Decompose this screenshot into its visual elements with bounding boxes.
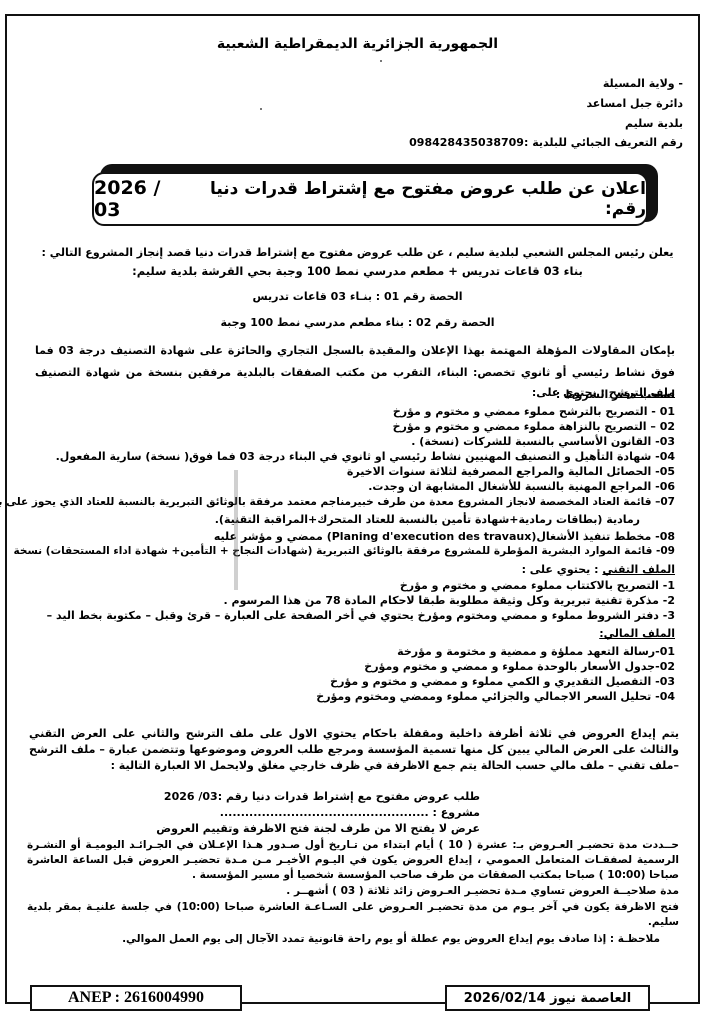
daira-line: دائرة جبل امساعد <box>586 97 683 110</box>
lot-2: الحصة رقم 02 : بناء مطعم مدرسي نمط 100 و… <box>0 316 715 330</box>
scan-artifact <box>380 60 382 62</box>
announcement-number: 2026 / 03 <box>94 177 187 221</box>
republic-heading: الجمهورية الجزائرية الديمقراطية الشعبية <box>0 36 715 52</box>
validity-period: مدة صلاحيــة العروض تساوي مـدة تحضيـر ال… <box>286 885 679 898</box>
holiday-note: ملاحظـة : إذا صادف يوم إيداع العروض يوم … <box>122 933 660 946</box>
tax-id-line: رقم التعريف الجبائي للبلدية :09842843503… <box>409 136 683 149</box>
opening-session: فتح الاظرفة يكون في آخر يـوم من مدة تحضي… <box>27 900 679 930</box>
financial-item: 04- تحليل السعر الاجمالي والجزائي مملوء … <box>316 690 675 703</box>
project-title: بناء 03 قاعات تدريس + مطعم مدرسي نمط 100… <box>0 264 715 278</box>
bottom-rule-middle <box>240 1002 447 1004</box>
candidature-item: 02 – التصريح بالنزاهة مملوء ممضي و مختوم… <box>393 420 675 433</box>
candidature-item: 09- قائمة الموارد البشرية المؤطرة للمشرو… <box>14 545 675 558</box>
candidature-item: 05- الحصائل المالية والمراجع المصرفية لث… <box>347 465 675 478</box>
scan-artifact <box>234 470 238 590</box>
candidature-item: 06- المراجع المهنية بالنسبة للأشغال المش… <box>368 480 675 493</box>
preparation-deadline: حــددت مدة تحضيـر العـروض بـ: عشرة ( 10 … <box>27 838 679 883</box>
candidature-item: 01 - التصريح بالترشح مملوء ممضي و مختوم … <box>393 405 675 418</box>
financial-heading: الملف المالي: <box>599 627 675 641</box>
technical-heading: الملف التقني <box>602 563 675 576</box>
candidature-item: 08- مخطط تنفيذ الأشغال(Planing d'executi… <box>214 530 675 543</box>
bottom-rule-right <box>648 1002 700 1004</box>
wilaya-line: - ولاية المسيلة <box>603 77 683 90</box>
lot-1: الحصة رقم 01 : بنـاء 03 قاعات تدريس <box>0 290 715 304</box>
announcement-title-box: اعلان عن طلب عروض مفتوح مع إشتراط قدرات … <box>92 172 648 226</box>
submission-paragraph: يتم إيداع العروض في ثلاثة أظرفة داخلية و… <box>29 726 679 774</box>
envelope-line-1: طلب عروض مفتوح مع إشتراط قدرات دنيا رقم … <box>164 790 480 804</box>
candidature-heading-suffix: : يحتوي على: <box>532 386 605 399</box>
anep-reference: ANEP : 2616004990 <box>30 985 242 1011</box>
financial-item: 01-رسالة التعهد مملؤة و ممضية و مختومة و… <box>397 645 675 658</box>
publication-source-date: العاصمة نيوز 2026/02/14 <box>445 985 650 1011</box>
envelope-line-2: مشروع : ................................… <box>220 806 480 820</box>
candidature-item: 03- القانون الأساسي بالنسبة للشركات (نسخ… <box>411 435 675 448</box>
candidature-item: 07– قائمة العتاد المخصصة لانجاز المشروع … <box>0 496 675 509</box>
envelope-line-3: عرض لا يفتح الا من طرف لجنة فتح الاظرفة … <box>156 822 480 836</box>
technical-item: 3- دفتر الشروط مملوء و ممضي ومختوم ومؤرخ… <box>47 609 675 622</box>
scan-artifact <box>260 108 262 110</box>
bottom-rule-left <box>5 1002 32 1004</box>
announcement-title: اعلان عن طلب عروض مفتوح مع إشتراط قدرات … <box>196 179 646 219</box>
financial-item: 02-جدول الأسعار بالوحدة مملوء و ممضي و م… <box>364 660 675 673</box>
technical-item: 1- التصريح بالاكتتاب مملوء ممضي و مختوم … <box>400 579 675 592</box>
technical-heading-suffix: : يحتوي على : <box>522 563 599 576</box>
candidature-item: 04- شهادة التأهيل و التصنيف المهنيين نشا… <box>56 450 675 463</box>
commune-line: بلدية سليم <box>625 117 683 130</box>
candidature-heading-row: ملف الترشح : يحتوي على: <box>532 386 675 400</box>
candidature-item-continued: رمادية (بطاقات رمادية+شهادة تأمين بالنسب… <box>215 513 640 526</box>
candidature-heading: ملف الترشح <box>609 386 675 399</box>
technical-heading-row: الملف التقني : يحتوي على : <box>522 563 675 577</box>
intro-line: يعلن رئيس المجلس الشعبي لبلدية سليم ، عن… <box>0 246 715 260</box>
technical-item: 2- مذكرة تقنية تبريرية وكل وثيقة مطلوبة … <box>224 594 676 607</box>
financial-item: 03- التفصيل التقديري و الكمي مملوء و ممض… <box>330 675 675 688</box>
